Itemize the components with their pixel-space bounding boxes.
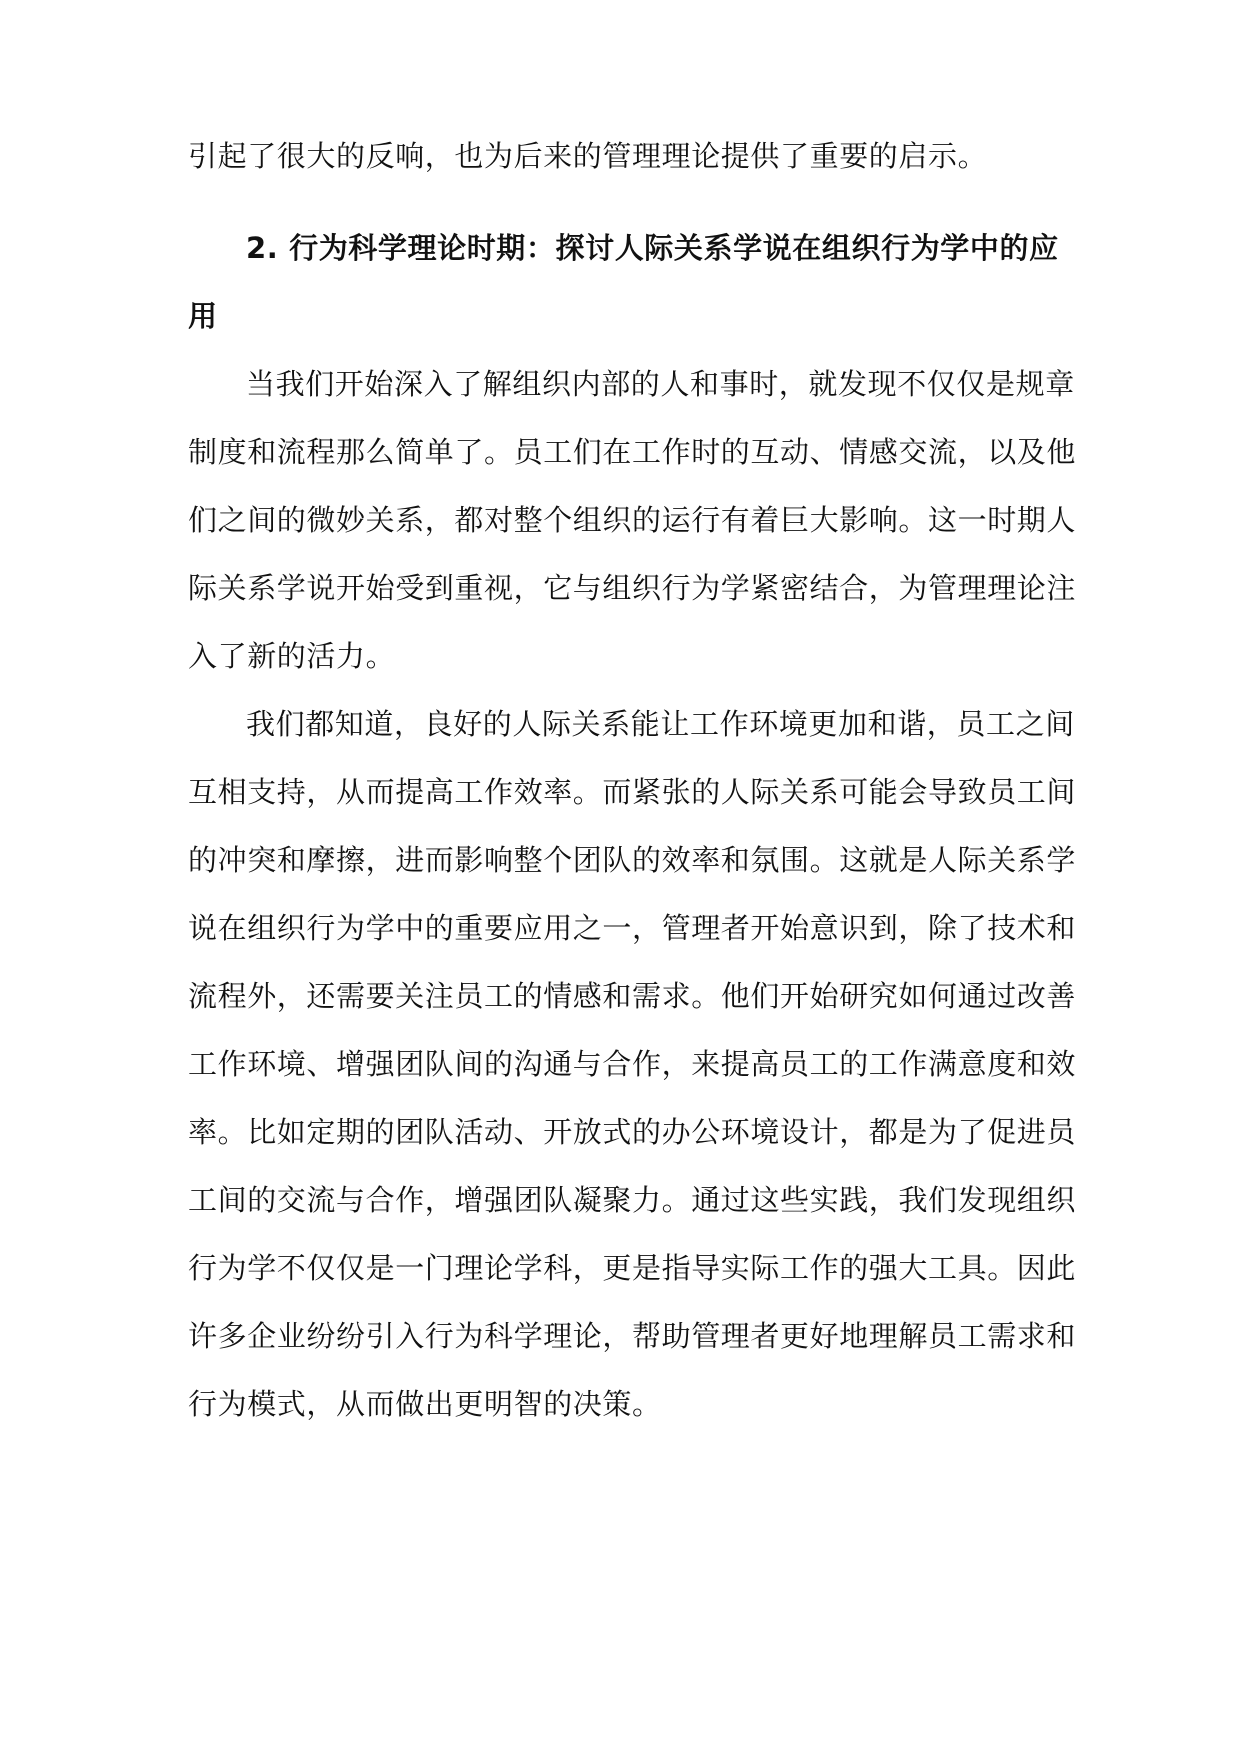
paragraph-line: 我们都知道，良好的人际关系能让工作环境更加和谐，员工之间 — [246, 706, 1114, 742]
paragraph-line: 流程外，还需要关注员工的情感和需求。他们开始研究如何通过改善 — [188, 978, 1056, 1014]
section-heading-line: 2. 行为科学理论时期：探讨人际关系学说在组织行为学中的应 — [246, 230, 1114, 266]
paragraph-line: 行为学不仅仅是一门理论学科，更是指导实际工作的强大工具。因此 — [188, 1250, 1056, 1286]
paragraph-line: 许多企业纷纷引入行为科学理论，帮助管理者更好地理解员工需求和 — [188, 1318, 1056, 1354]
paragraph-line: 互相支持，从而提高工作效率。而紧张的人际关系可能会导致员工间 — [188, 774, 1056, 810]
paragraph-line: 入了新的活力。 — [188, 638, 1056, 674]
paragraph-line: 行为模式，从而做出更明智的决策。 — [188, 1386, 1056, 1422]
paragraph-line: 当我们开始深入了解组织内部的人和事时，就发现不仅仅是规章 — [246, 366, 1114, 402]
paragraph-line: 工间的交流与合作，增强团队凝聚力。通过这些实践，我们发现组织 — [188, 1182, 1056, 1218]
paragraph-line: 说在组织行为学中的重要应用之一，管理者开始意识到，除了技术和 — [188, 910, 1056, 946]
paragraph-line: 们之间的微妙关系，都对整个组织的运行有着巨大影响。这一时期人 — [188, 502, 1056, 538]
document-page: 引起了很大的反响，也为后来的管理理论提供了重要的启示。 2. 行为科学理论时期：… — [0, 0, 1241, 1754]
paragraph-line: 制度和流程那么简单了。员工们在工作时的互动、情感交流，以及他 — [188, 434, 1056, 470]
paragraph-line: 工作环境、增强团队间的沟通与合作，来提高员工的工作满意度和效 — [188, 1046, 1056, 1082]
paragraph-line: 的冲突和摩擦，进而影响整个团队的效率和氛围。这就是人际关系学 — [188, 842, 1056, 878]
paragraph-line: 引起了很大的反响，也为后来的管理理论提供了重要的启示。 — [188, 138, 1056, 174]
paragraph-line: 率。比如定期的团队活动、开放式的办公环境设计，都是为了促进员 — [188, 1114, 1056, 1150]
paragraph-line: 际关系学说开始受到重视，它与组织行为学紧密结合，为管理理论注 — [188, 570, 1056, 606]
section-heading-line: 用 — [188, 298, 1056, 334]
